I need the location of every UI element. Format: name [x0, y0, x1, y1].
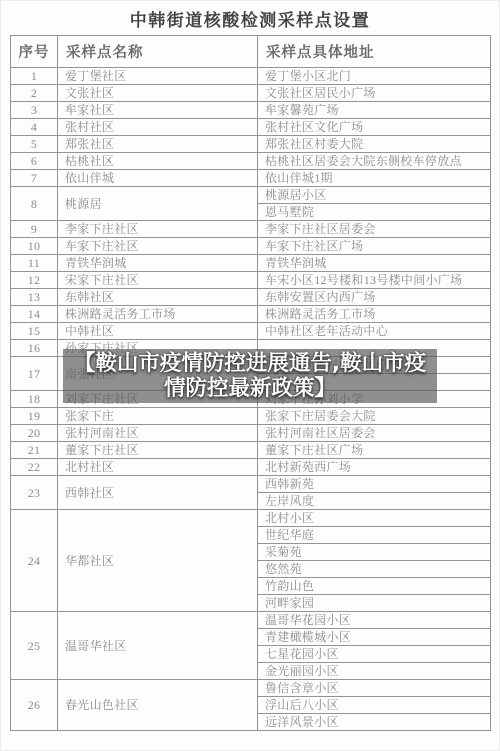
- site-name-cell: 董家下庄社区: [58, 442, 258, 459]
- site-name-cell: 郑张社区: [58, 136, 258, 153]
- row-number-cell: 17: [11, 357, 58, 391]
- site-name-cell: 张家下庄: [58, 408, 258, 425]
- table-row: 3牟家社区牟家馨苑广场: [11, 102, 491, 119]
- site-address-cell: 牟家馨苑广场: [258, 102, 491, 119]
- row-number-cell: 18: [11, 391, 58, 408]
- site-name-cell: 株洲路灵活务工市场: [58, 306, 258, 323]
- table-row: 12宋家下庄社区车宋小区12号楼和13号楼中间小广场: [11, 272, 491, 289]
- table-row: 10车家下庄社区车家下庄社区广场: [11, 238, 491, 255]
- site-address-cell: 株洲路灵活务工市场: [258, 306, 491, 323]
- row-number-cell: 12: [11, 272, 58, 289]
- site-address-cell: 北村新苑西广场: [258, 459, 491, 476]
- column-header-index: 序号: [11, 36, 58, 68]
- table-row: 13东韩社区东韩安置区内西广场: [11, 289, 491, 306]
- site-name-cell: 牟家社区: [58, 102, 258, 119]
- row-number-cell: 10: [11, 238, 58, 255]
- table-row: 26春光山色社区鲁信含章小区: [11, 680, 491, 697]
- table-row: 22北村社区北村新苑西广场: [11, 459, 491, 476]
- row-number-cell: 16: [11, 340, 58, 357]
- site-address-cell: 悠然苑: [258, 561, 491, 578]
- table-row: 14株洲路灵活务工市场株洲路灵活务工市场: [11, 306, 491, 323]
- site-address-cell: 温哥华花园小区: [258, 612, 491, 629]
- document-page: 中韩街道核酸检测采样点设置 序号 采样点名称 采样点具体地址 1爱丁堡社区爱丁堡…: [0, 0, 500, 751]
- site-name-cell: 文张社区: [58, 85, 258, 102]
- table-row: 24华都社区北村小区: [11, 510, 491, 527]
- site-address-cell: 车家下庄社区广场: [258, 238, 491, 255]
- site-address-cell: 鲁信含章小区: [258, 680, 491, 697]
- site-name-cell: 西韩社区: [58, 476, 258, 510]
- site-name-cell: 华都社区: [58, 510, 258, 612]
- site-address-cell: 张村河南社区居委会: [258, 425, 491, 442]
- site-address-cell: 世纪华庭: [258, 527, 491, 544]
- table-row: 23西韩社区西韩新苑: [11, 476, 491, 493]
- table-row: 5郑张社区郑张社区村委大院: [11, 136, 491, 153]
- table-row: 20张村河南社区张村河南社区居委会: [11, 425, 491, 442]
- page-title: 中韩街道核酸检测采样点设置: [0, 6, 500, 31]
- table-row: 21董家下庄社区董家下庄社区广场: [11, 442, 491, 459]
- table-header: 序号 采样点名称 采样点具体地址: [11, 36, 491, 68]
- site-address-cell: 董家下庄社区广场: [258, 442, 491, 459]
- site-address-cell: 东韩安置区内西广场: [258, 289, 491, 306]
- site-address-cell: 七星花园小区: [258, 646, 491, 663]
- row-number-cell: 4: [11, 119, 58, 136]
- watermark-banner: 【鞍山市疫情防控进展通告,鞍山市疫 情防控最新政策】: [63, 349, 437, 403]
- site-name-cell: 张村社区: [58, 119, 258, 136]
- row-number-cell: 25: [11, 612, 58, 680]
- site-address-cell: 张村社区文化广场: [258, 119, 491, 136]
- table-row: 25温哥华社区温哥华花园小区: [11, 612, 491, 629]
- row-number-cell: 6: [11, 153, 58, 170]
- column-header-address: 采样点具体地址: [258, 36, 491, 68]
- table-row: 15中韩社区中韩社区老年活动中心: [11, 323, 491, 340]
- site-address-cell: 依山伴城1期: [258, 170, 491, 187]
- site-name-cell: 北村社区: [58, 459, 258, 476]
- site-address-cell: 远洋风景小区: [258, 714, 491, 731]
- site-address-cell: 恩马墅院: [258, 204, 491, 221]
- site-address-cell: 郑张社区村委大院: [258, 136, 491, 153]
- site-address-cell: 青铁华润城: [258, 255, 491, 272]
- row-number-cell: 11: [11, 255, 58, 272]
- row-number-cell: 13: [11, 289, 58, 306]
- site-address-cell: 西韩新苑: [258, 476, 491, 493]
- table-row: 4张村社区张村社区文化广场: [11, 119, 491, 136]
- site-name-cell: 青铁华润城: [58, 255, 258, 272]
- row-number-cell: 2: [11, 85, 58, 102]
- row-number-cell: 5: [11, 136, 58, 153]
- site-address-cell: 北村小区: [258, 510, 491, 527]
- site-name-cell: 东韩社区: [58, 289, 258, 306]
- row-number-cell: 20: [11, 425, 58, 442]
- site-name-cell: 车家下庄社区: [58, 238, 258, 255]
- site-address-cell: 浮山后八小区: [258, 697, 491, 714]
- row-number-cell: 21: [11, 442, 58, 459]
- row-number-cell: 26: [11, 680, 58, 731]
- table-row: 6枯桃社区枯桃社区居委会大院东侧校车停放点: [11, 153, 491, 170]
- site-address-cell: 张家下庄居委会大院: [258, 408, 491, 425]
- table-row: 2文张社区文张社区居民小广场: [11, 85, 491, 102]
- site-name-cell: 春光山色社区: [58, 680, 258, 731]
- table-row: 7依山伴城依山伴城1期: [11, 170, 491, 187]
- site-name-cell: 温哥华社区: [58, 612, 258, 680]
- site-address-cell: 车宋小区12号楼和13号楼中间小广场: [258, 272, 491, 289]
- site-address-cell: 采菊苑: [258, 544, 491, 561]
- site-name-cell: 枯桃社区: [58, 153, 258, 170]
- site-name-cell: 张村河南社区: [58, 425, 258, 442]
- row-number-cell: 19: [11, 408, 58, 425]
- site-address-cell: 河畔家园: [258, 595, 491, 612]
- table-row: 11青铁华润城青铁华润城: [11, 255, 491, 272]
- header-row: 序号 采样点名称 采样点具体地址: [11, 36, 491, 68]
- table-row: 8桃源居桃源居小区: [11, 187, 491, 204]
- row-number-cell: 9: [11, 221, 58, 238]
- row-number-cell: 14: [11, 306, 58, 323]
- site-address-cell: 枯桃社区居委会大院东侧校车停放点: [258, 153, 491, 170]
- table-row: 9李家下庄社区李家下庄社区居委会: [11, 221, 491, 238]
- row-number-cell: 3: [11, 102, 58, 119]
- watermark-line-2: 情防控最新政策】: [63, 376, 437, 401]
- site-address-cell: 青建橄榄城小区: [258, 629, 491, 646]
- row-number-cell: 1: [11, 68, 58, 85]
- site-address-cell: 文张社区居民小广场: [258, 85, 491, 102]
- site-address-cell: 爱丁堡小区北门: [258, 68, 491, 85]
- table-row: 19张家下庄张家下庄居委会大院: [11, 408, 491, 425]
- site-address-cell: 金光丽园小区: [258, 663, 491, 680]
- site-name-cell: 依山伴城: [58, 170, 258, 187]
- row-number-cell: 23: [11, 476, 58, 510]
- site-name-cell: 李家下庄社区: [58, 221, 258, 238]
- table-row: 1爱丁堡社区爱丁堡小区北门: [11, 68, 491, 85]
- row-number-cell: 22: [11, 459, 58, 476]
- row-number-cell: 7: [11, 170, 58, 187]
- site-name-cell: 爱丁堡社区: [58, 68, 258, 85]
- site-address-cell: 李家下庄社区居委会: [258, 221, 491, 238]
- row-number-cell: 15: [11, 323, 58, 340]
- column-header-name: 采样点名称: [58, 36, 258, 68]
- watermark-line-1: 【鞍山市疫情防控进展通告,鞍山市疫: [63, 351, 437, 376]
- site-address-cell: 竹韵山色: [258, 578, 491, 595]
- site-address-cell: 左岸风度: [258, 493, 491, 510]
- site-name-cell: 桃源居: [58, 187, 258, 221]
- row-number-cell: 8: [11, 187, 58, 221]
- row-number-cell: 24: [11, 510, 58, 612]
- site-address-cell: 桃源居小区: [258, 187, 491, 204]
- site-address-cell: 中韩社区老年活动中心: [258, 323, 491, 340]
- site-name-cell: 宋家下庄社区: [58, 272, 258, 289]
- site-name-cell: 中韩社区: [58, 323, 258, 340]
